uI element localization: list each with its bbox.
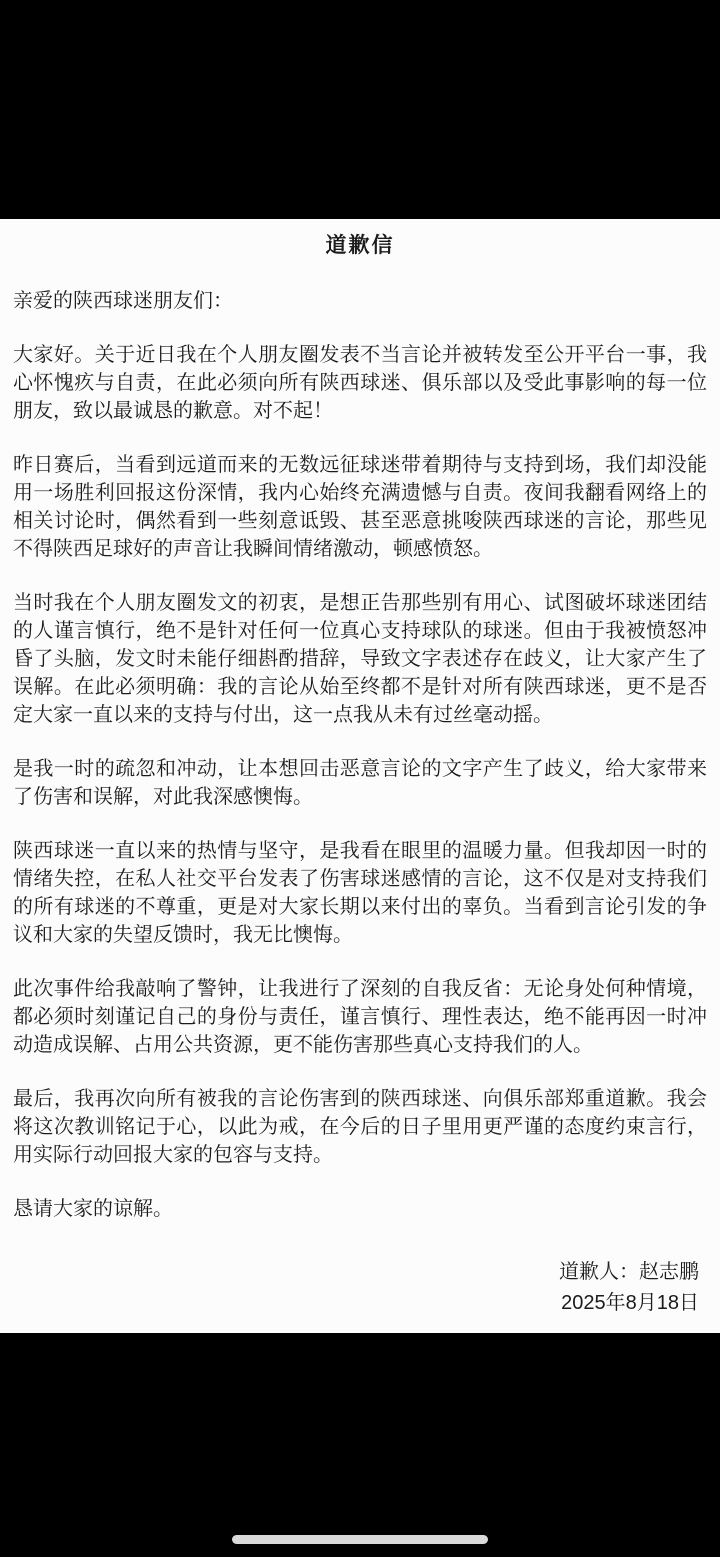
signature-date: 2025年8月18日 bbox=[13, 1288, 699, 1319]
home-indicator-handle[interactable] bbox=[232, 1535, 488, 1544]
letter-paragraph-6: 此次事件给我敲响了警钟，让我进行了深刻的自我反省：无论身处何种情境，都必须时刻谨… bbox=[13, 975, 707, 1059]
apology-letter-document: 道歉信 亲爱的陕西球迷朋友们： 大家好。关于近日我在个人朋友圈发表不当言论并被转… bbox=[0, 219, 720, 1333]
letter-paragraph-5: 陕西球迷一直以来的热情与坚守，是我看在眼里的温暖力量。但我却因一时的情绪失控，在… bbox=[13, 837, 707, 949]
letter-closing: 恳请大家的谅解。 bbox=[13, 1195, 707, 1223]
letter-paragraph-3: 当时我在个人朋友圈发文的初衷，是想正告那些别有用心、试图破坏球迷团结的人谨言慎行… bbox=[13, 589, 707, 729]
letter-paragraph-2: 昨日赛后，当看到远道而来的无数远征球迷带着期待与支持到场，我们却没能用一场胜利回… bbox=[13, 451, 707, 563]
signature-name: 道歉人：赵志鹏 bbox=[13, 1257, 699, 1288]
letter-paragraph-4: 是我一时的疏忽和冲动，让本想回击恶意言论的文字产生了歧义，给大家带来了伤害和误解… bbox=[13, 755, 707, 811]
letter-greeting: 亲爱的陕西球迷朋友们： bbox=[13, 287, 707, 315]
letter-title: 道歉信 bbox=[13, 231, 707, 261]
signature-block: 道歉人：赵志鹏 2025年8月18日 bbox=[13, 1257, 707, 1319]
top-letterbox bbox=[0, 0, 720, 219]
phone-screen: 道歉信 亲爱的陕西球迷朋友们： 大家好。关于近日我在个人朋友圈发表不当言论并被转… bbox=[0, 0, 720, 1557]
letter-paragraph-7: 最后，我再次向所有被我的言论伤害到的陕西球迷、向俱乐部郑重道歉。我会将这次教训铭… bbox=[13, 1085, 707, 1169]
letter-paragraph-1: 大家好。关于近日我在个人朋友圈发表不当言论并被转发至公开平台一事，我心怀愧疚与自… bbox=[13, 341, 707, 425]
bottom-letterbox bbox=[0, 1333, 720, 1557]
